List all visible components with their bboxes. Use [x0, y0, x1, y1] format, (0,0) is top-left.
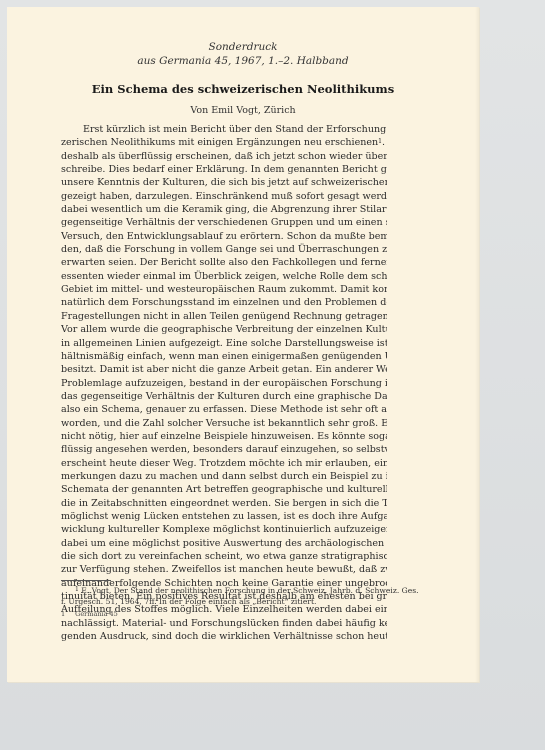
footnote-reference[interactable]: 1 [378, 138, 382, 145]
body-line: Gebiet im mittel- und westeuropäischen R… [61, 283, 387, 296]
body-line: dabei wesentlich um die Keramik ging, di… [61, 203, 387, 216]
body-line: gegenseitige Verhältnis der verschiedene… [61, 216, 387, 229]
body-line: erscheint heute dieser Weg. Trotzdem möc… [61, 457, 387, 470]
article-title: Ein Schema des schweizerischen Neolithik… [7, 82, 479, 96]
body-line: gezeigt haben, darzulegen. Einschränkend… [61, 190, 387, 203]
body-line: dabei um eine möglichst positive Auswert… [61, 537, 387, 550]
signature-label: Germania 45 [75, 610, 118, 618]
body-line: deshalb als überflüssig erscheinen, daß … [61, 150, 387, 163]
body-line: Vor allem wurde die geographische Verbre… [61, 323, 387, 336]
footnote-1-continued: f. Urgesch. 51, 1964, 7ff. In der Folge … [61, 596, 387, 607]
body-line: Schemata der genannten Art betreffen geo… [61, 483, 387, 496]
document-page: Sonderdruck aus Germania 45, 1967, 1.–2.… [7, 7, 479, 682]
body-line: erwarten seien. Der Bericht sollte also … [61, 256, 387, 269]
body-line: das gegenseitige Verhältnis der Kulturen… [61, 390, 387, 403]
body-line: den, daß die Forschung in vollem Gange s… [61, 243, 387, 256]
article-body: Erst kürzlich ist mein Bericht über den … [61, 123, 387, 643]
body-line: zerischen Neolithikums mit einigen Ergän… [61, 136, 387, 149]
body-line: zur Verfügung stehen. Zweifellos ist man… [61, 563, 387, 576]
body-line: Erst kürzlich ist mein Bericht über den … [61, 123, 387, 136]
signature-number: 1 [61, 610, 65, 618]
body-line: natürlich dem Forschungsstand im einzeln… [61, 296, 387, 309]
body-line: flüssig angesehen werden, besonders dara… [61, 443, 387, 456]
offprint-label: Sonderdruck [7, 41, 479, 53]
author-line: Von Emil Vogt, Zürich [7, 105, 479, 116]
body-line: schreibe. Dies bedarf einer Erklärung. I… [61, 163, 387, 176]
footnote-1: 1 E. Vogt, Der Stand der neolithischen F… [61, 585, 387, 596]
body-line: also ein Schema, genauer zu erfassen. Di… [61, 403, 387, 416]
body-line: essenten wieder einmal im Überblick zeig… [61, 270, 387, 283]
body-line: die sich dort zu vereinfachen scheint, w… [61, 550, 387, 563]
body-line: besitzt. Damit ist aber nicht die ganze … [61, 363, 387, 376]
body-line: nachlässigt. Material- und Forschungslüc… [61, 617, 387, 630]
body-line: hältnismäßig einfach, wenn man einen ein… [61, 350, 387, 363]
body-line: möglichst wenig Lücken entstehen zu lass… [61, 510, 387, 523]
source-citation: aus Germania 45, 1967, 1.–2. Halbband [7, 55, 479, 67]
body-line: genden Ausdruck, sind doch die wirkliche… [61, 630, 387, 643]
body-line: nicht nötig, hier auf einzelne Beispiele… [61, 430, 387, 443]
body-line: Problemlage aufzuzeigen, bestand in der … [61, 377, 387, 390]
body-line: Versuch, den Entwicklungsablauf zu erört… [61, 230, 387, 243]
body-line: worden, und die Zahl solcher Versuche is… [61, 417, 387, 430]
body-line: die in Zeitabschnitten eingeordnet werde… [61, 497, 387, 510]
body-line: wicklung kultureller Komplexe möglichst … [61, 523, 387, 536]
body-line: merkungen dazu zu machen und dann selbst… [61, 470, 387, 483]
body-line: unsere Kenntnis der Kulturen, die sich b… [61, 176, 387, 189]
footnotes: 1 E. Vogt, Der Stand der neolithischen F… [61, 585, 387, 607]
footnote-divider [61, 580, 111, 581]
body-line: Fragestellungen nicht in allen Teilen ge… [61, 310, 387, 323]
printer-signature: 1Germania 45 [61, 610, 118, 618]
body-line: in allgemeinen Linien aufgezeigt. Eine s… [61, 337, 387, 350]
footnote-mark: 1 [75, 586, 79, 593]
